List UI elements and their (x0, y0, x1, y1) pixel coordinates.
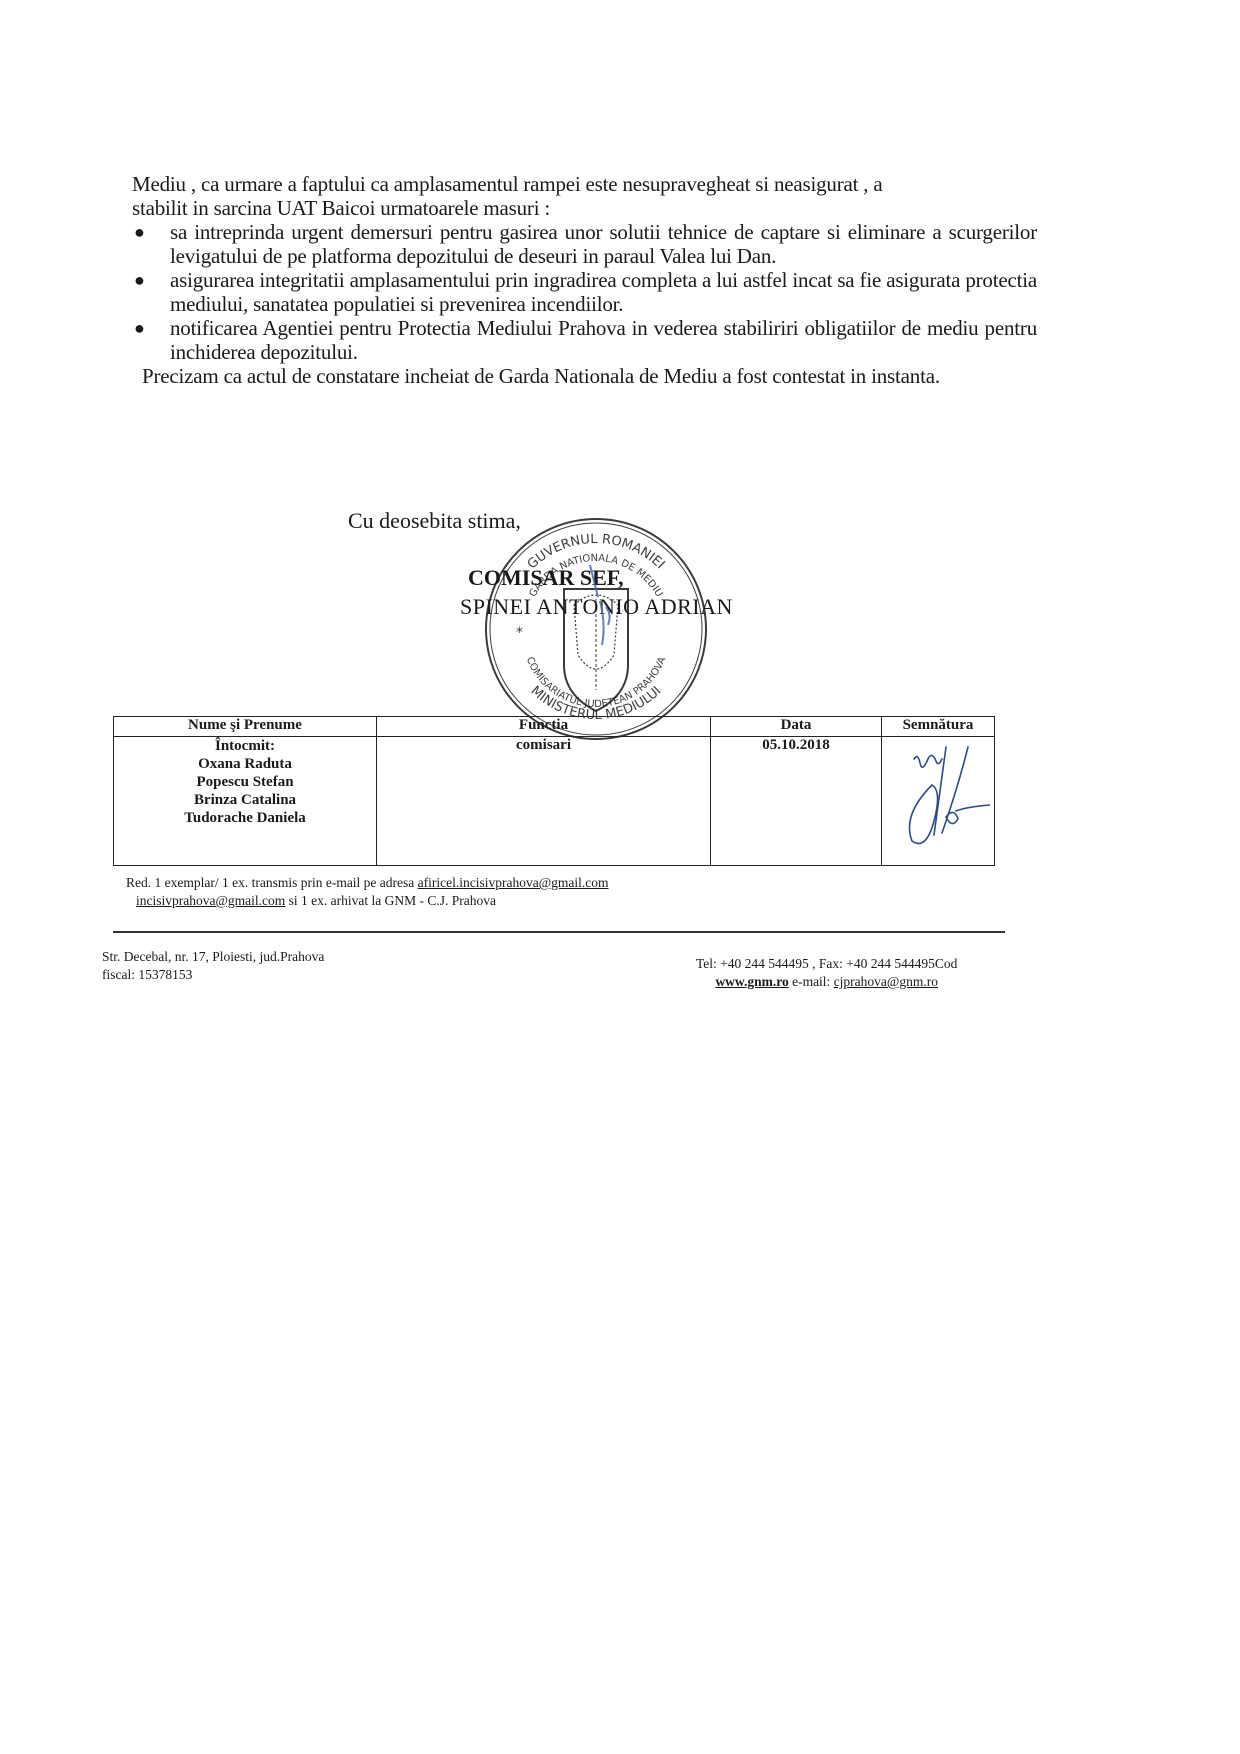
intro-line-1: Mediu , ca urmare a faptului ca amplasam… (132, 172, 1037, 196)
col-header-function: Functia (377, 717, 711, 737)
names-cell: Întocmit: Oxana Raduta Popescu Stefan Br… (114, 737, 377, 866)
bullet-icon: ● (134, 220, 145, 244)
person-name: Oxana Raduta (118, 755, 372, 773)
footer-contact: Tel: +40 244 544495 , Fax: +40 244 54449… (696, 955, 957, 991)
measures-list: ● sa intreprinda urgent demersuri pentru… (132, 220, 1037, 364)
footer-divider (113, 931, 1005, 933)
measure-item: ● sa intreprinda urgent demersuri pentru… (132, 220, 1037, 268)
bullet-icon: ● (134, 268, 145, 292)
website-link[interactable]: www.gnm.ro (715, 974, 788, 989)
closing-paragraph: Precizam ca actul de constatare incheiat… (132, 364, 1037, 388)
document-page: Mediu , ca urmare a faptului ca amplasam… (0, 0, 1240, 1754)
measure-item: ● notificarea Agentiei pentru Protectia … (132, 316, 1037, 364)
footer-address: Str. Decebal, nr. 17, Ploiesti, jud.Prah… (102, 948, 324, 984)
email-link-2[interactable]: incisivprahova@gmail.com (136, 893, 285, 908)
col-header-signature: Semnătura (882, 717, 995, 737)
bullet-icon: ● (134, 316, 145, 340)
person-name: Popescu Stefan (118, 773, 372, 791)
handwritten-signature-icon (886, 737, 990, 857)
person-name: Brinza Catalina (118, 791, 372, 809)
svg-text:*: * (516, 625, 523, 641)
table-row: Întocmit: Oxana Raduta Popescu Stefan Br… (114, 737, 995, 866)
col-header-date: Data (711, 717, 882, 737)
signature-table: Nume şi Prenume Functia Data Semnătura Î… (113, 716, 995, 866)
col-header-name: Nume şi Prenume (114, 717, 377, 737)
date-cell: 05.10.2018 (711, 737, 882, 866)
function-cell: comisari (377, 737, 711, 866)
email-link-1[interactable]: afiricel.incisivprahova@gmail.com (418, 875, 609, 890)
person-name: Tudorache Daniela (118, 809, 372, 827)
svg-text:GUVERNUL ROMANIEI: GUVERNUL ROMANIEI (525, 532, 668, 572)
official-stamp-icon: GUVERNUL ROMANIEI GARDA NATIONALA DE MED… (482, 515, 710, 743)
footer-email-link[interactable]: cjprahova@gnm.ro (834, 974, 938, 989)
measure-item: ● asigurarea integritatii amplasamentulu… (132, 268, 1037, 316)
letter-body: Mediu , ca urmare a faptului ca amplasam… (132, 172, 1037, 388)
distribution-note: Red. 1 exemplar/ 1 ex. transmis prin e-m… (126, 874, 609, 910)
prepared-label: Întocmit: (118, 737, 372, 755)
signature-cell (882, 737, 995, 866)
intro-line-2: stabilit in sarcina UAT Baicoi urmatoare… (132, 196, 1037, 220)
